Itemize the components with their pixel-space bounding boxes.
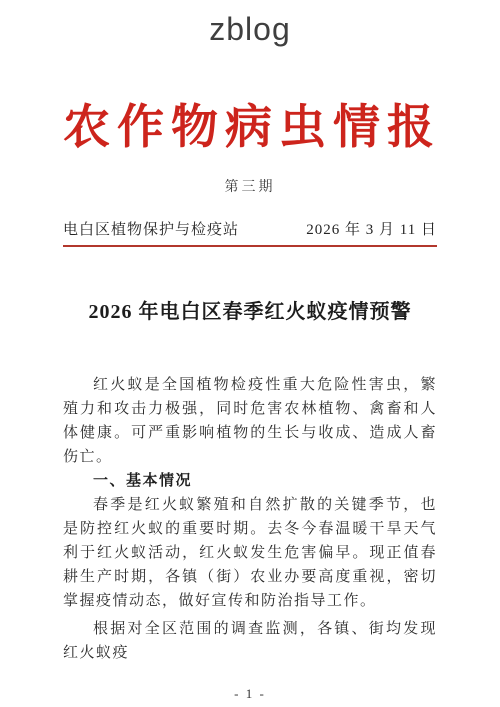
paragraph-spring-season: 春季是红火蚁繁殖和自然扩散的关键季节，也是防控红火蚁的重要时期。去冬今春温暖干旱… — [63, 493, 437, 613]
article-title: 2026 年电白区春季红火蚁疫情预警 — [63, 299, 437, 325]
issuer-row: 电白区植物保护与检疫站 2026 年 3 月 11 日 — [63, 220, 437, 247]
issue-number: 第三期 — [63, 178, 437, 198]
site-logo[interactable]: zblog — [209, 10, 291, 48]
issue-date: 2026 年 3 月 11 日 — [306, 220, 437, 240]
bulletin-document: 农作物病虫情报 第三期 电白区植物保护与检疫站 2026 年 3 月 11 日 … — [63, 94, 437, 703]
paragraph-intro: 红火蚁是全国植物检疫性重大危险性害虫，繁殖力和攻击力极强，同时危害农林植物、禽畜… — [63, 373, 437, 469]
site-header: zblog — [0, 0, 500, 48]
bulletin-masthead: 农作物病虫情报 — [63, 94, 437, 162]
section-heading-basic-situation: 一、基本情况 — [63, 469, 437, 493]
issuer-name: 电白区植物保护与检疫站 — [63, 220, 239, 240]
paragraph-survey-monitoring: 根据对全区范围的调查监测，各镇、街均发现红火蚁疫 — [63, 617, 437, 665]
page-number: - 1 - — [63, 685, 437, 703]
